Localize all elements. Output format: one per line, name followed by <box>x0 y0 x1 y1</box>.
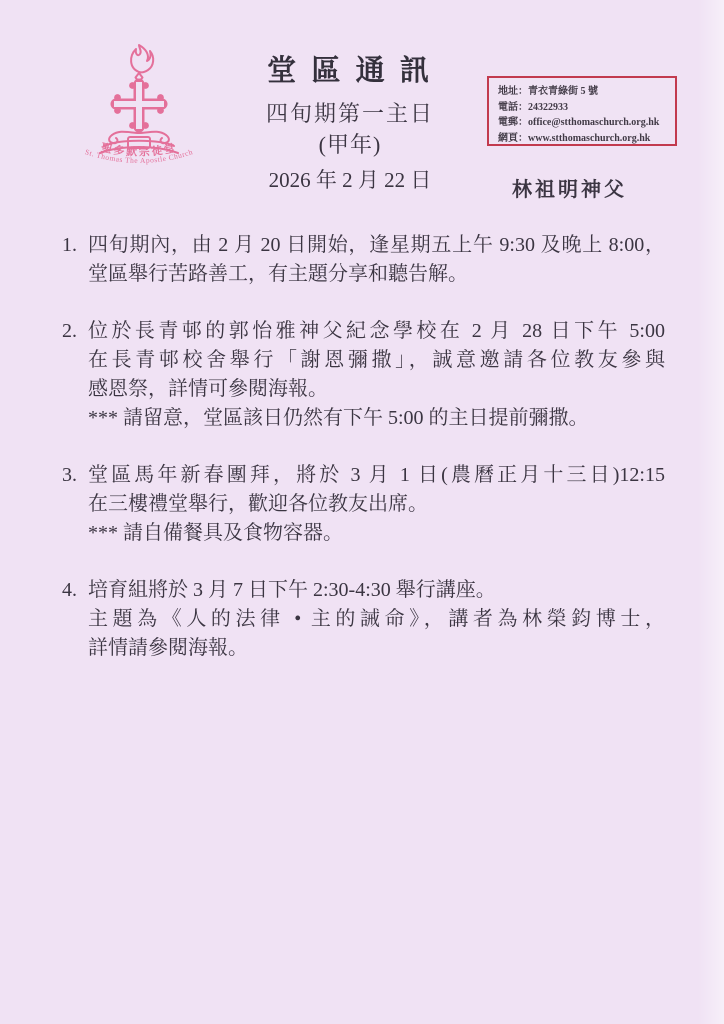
notice-note-line: *** 請自備餐具及食物容器。 <box>88 519 665 548</box>
notice-item-4: 4. 培育組將於 3 月 7 日下午 2:30-4:30 舉行講座。 主題為《人… <box>62 576 665 663</box>
priest-name: 林祖明神父 <box>512 173 627 202</box>
cross-icon <box>111 79 168 133</box>
issue-date: 2026 年 2 月 22 日 <box>228 166 472 194</box>
flame-icon <box>131 45 153 82</box>
notice-line: 在長青邨校舍舉行「謝恩彌撒」，誠意邀請各位教友參與 <box>88 346 665 375</box>
notices-list: 1. 四旬期內，由 2 月 20 日開始，逢星期五上午 9:30 及晚上 8:0… <box>62 231 665 691</box>
notice-number: 3. <box>62 461 77 490</box>
notice-item-2: 2. 位於長青邨的郭怡雅神父紀念學校在 2 月 28 日下午 5:00 在長青邨… <box>62 317 665 433</box>
contact-address: 地址：青衣青綠街 5 號 <box>498 84 667 100</box>
contact-email: 電郵：office@stthomaschurch.org.hk <box>498 115 667 131</box>
notice-number: 2. <box>62 317 77 346</box>
newsletter-title: 堂 區 通 訊 <box>228 52 472 90</box>
notice-line: 堂區舉行苦路善工，有主題分享和聽告解。 <box>88 260 665 289</box>
notice-line: 培育組將於 3 月 7 日下午 2:30-4:30 舉行講座。 <box>88 576 665 605</box>
notice-line: 在三樓禮堂舉行，歡迎各位教友出席。 <box>88 490 665 519</box>
notice-line: 四旬期內，由 2 月 20 日開始，逢星期五上午 9:30 及晚上 8:00， <box>88 231 665 260</box>
notice-number: 4. <box>62 576 77 605</box>
liturgical-sunday: 四旬期第一主日 <box>228 99 472 129</box>
notice-line: 位於長青邨的郭怡雅神父紀念學校在 2 月 28 日下午 5:00 <box>88 317 665 346</box>
church-logo: 聖多默宗徒堂 St. Thomas The Apostle Church <box>63 42 215 176</box>
contact-phone: 電話：24322933 <box>498 100 667 116</box>
contact-website: 網頁：www.stthomaschurch.org.hk <box>498 131 667 147</box>
notice-item-1: 1. 四旬期內，由 2 月 20 日開始，逢星期五上午 9:30 及晚上 8:0… <box>62 231 665 289</box>
header-block: 堂 區 通 訊 四旬期第一主日 (甲年) 2026 年 2 月 22 日 <box>228 52 472 194</box>
notice-note-line: *** 請留意，堂區該日仍然有下午 5:00 的主日提前彌撒。 <box>88 404 665 433</box>
notice-line: 堂區馬年新春團拜，將於 3 月 1 日(農曆正月十三日)12:15 <box>88 461 665 490</box>
notice-line: 主題為《人的法律 • 主的誡命》，講者為林榮鈞博士， <box>88 605 665 634</box>
liturgical-year-cycle: (甲年) <box>228 131 472 159</box>
notice-item-3: 3. 堂區馬年新春團拜，將於 3 月 1 日(農曆正月十三日)12:15 在三樓… <box>62 461 665 548</box>
notice-line: 感恩祭，詳情可參閱海報。 <box>88 375 665 404</box>
newsletter-page: 聖多默宗徒堂 St. Thomas The Apostle Church 堂 區… <box>0 0 724 1024</box>
notice-number: 1. <box>62 231 77 260</box>
contact-info-box: 地址：青衣青綠街 5 號 電話：24322933 電郵：office@sttho… <box>487 76 677 146</box>
notice-line: 詳情請參閱海報。 <box>88 634 665 663</box>
